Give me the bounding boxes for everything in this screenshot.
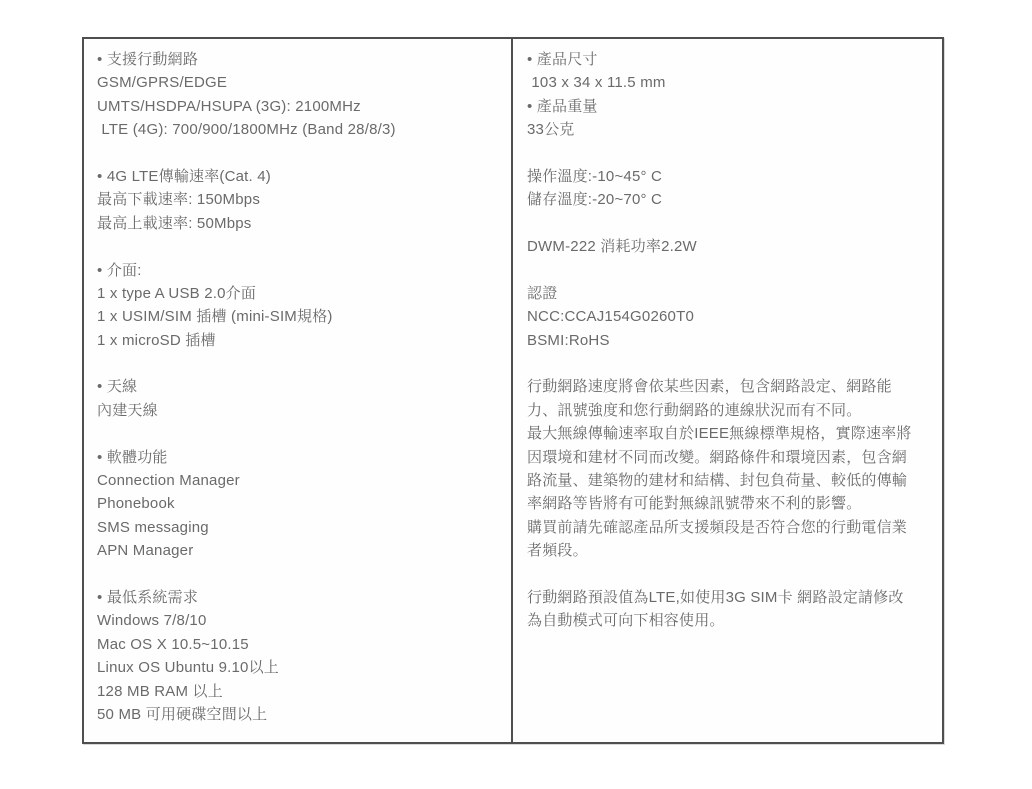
spec-line: 內建天線: [97, 399, 501, 422]
spec-column-left: • 支援行動網路GSM/GPRS/EDGEUMTS/HSDPA/HSUPA (3…: [84, 39, 513, 742]
spec-line: 最大無線傳輸速率取自於IEEE無線標準規格，實際速率將: [527, 422, 932, 445]
spec-line: 50 MB 可用硬碟空間以上: [97, 703, 501, 726]
spec-line: BSMI:RoHS: [527, 329, 932, 352]
spec-line: • 介面:: [97, 259, 501, 282]
spec-line: 因環境和建材不同而改變。網路條件和環境因素，包含網: [527, 446, 932, 469]
spec-line: NCC:CCAJ154G0260T0: [527, 305, 932, 328]
spec-line: [527, 563, 932, 586]
spec-line: [97, 142, 501, 165]
spec-line: 率網路等皆將有可能對無線訊號帶來不利的影響。: [527, 492, 932, 515]
spec-line: [527, 212, 932, 235]
spec-line: SMS messaging: [97, 516, 501, 539]
spec-line: 認證: [527, 282, 932, 305]
spec-table: • 支援行動網路GSM/GPRS/EDGEUMTS/HSDPA/HSUPA (3…: [82, 37, 944, 744]
spec-line: • 產品重量: [527, 95, 932, 118]
spec-line: 力、訊號強度和您行動網路的連線狀況而有不同。: [527, 399, 932, 422]
spec-line: 1 x type A USB 2.0介面: [97, 282, 501, 305]
spec-line: 操作溫度:-10~45° C: [527, 165, 932, 188]
spec-column-right: • 產品尺寸 103 x 34 x 11.5 mm• 產品重量33公克操作溫度:…: [513, 39, 942, 742]
spec-line: 行動網路預設值為LTE,如使用3G SIM卡 網路設定請修改: [527, 586, 932, 609]
spec-line: 者頻段。: [527, 539, 932, 562]
spec-line: 1 x microSD 插槽: [97, 329, 501, 352]
spec-line: [527, 259, 932, 282]
spec-line: • 支援行動網路: [97, 48, 501, 71]
spec-line: Linux OS Ubuntu 9.10以上: [97, 656, 501, 679]
spec-line: 路流量、建築物的建材和結構、封包負荷量、較低的傳輸: [527, 469, 932, 492]
spec-line: [97, 352, 501, 375]
spec-line: DWM-222 消耗功率2.2W: [527, 235, 932, 258]
spec-line: 儲存溫度:-20~70° C: [527, 188, 932, 211]
spec-line: 33公克: [527, 118, 932, 141]
spec-line: Mac OS X 10.5~10.15: [97, 633, 501, 656]
spec-line: • 產品尺寸: [527, 48, 932, 71]
spec-line: GSM/GPRS/EDGE: [97, 71, 501, 94]
spec-line: • 4G LTE傳輸速率(Cat. 4): [97, 165, 501, 188]
spec-line: 103 x 34 x 11.5 mm: [527, 71, 932, 94]
spec-line: [97, 563, 501, 586]
spec-line: [527, 142, 932, 165]
spec-line: Connection Manager: [97, 469, 501, 492]
spec-line: 128 MB RAM 以上: [97, 680, 501, 703]
spec-line: [97, 235, 501, 258]
spec-line: 1 x USIM/SIM 插槽 (mini-SIM規格): [97, 305, 501, 328]
spec-line: 為自動模式可向下相容使用。: [527, 609, 932, 632]
spec-line: 行動網路速度將會依某些因素，包含網路設定、網路能: [527, 375, 932, 398]
spec-line: 購買前請先確認產品所支援頻段是否符合您的行動電信業: [527, 516, 932, 539]
spec-line: Windows 7/8/10: [97, 609, 501, 632]
spec-line: UMTS/HSDPA/HSUPA (3G): 2100MHz: [97, 95, 501, 118]
spec-line: APN Manager: [97, 539, 501, 562]
spec-line: • 軟體功能: [97, 446, 501, 469]
spec-line: LTE (4G): 700/900/1800MHz (Band 28/8/3): [97, 118, 501, 141]
spec-line: Phonebook: [97, 492, 501, 515]
spec-line: • 天線: [97, 375, 501, 398]
spec-line: 最高下載速率: 150Mbps: [97, 188, 501, 211]
spec-line: • 最低系統需求: [97, 586, 501, 609]
spec-line: [527, 352, 932, 375]
spec-line: [97, 422, 501, 445]
spec-line: 最高上載速率: 50Mbps: [97, 212, 501, 235]
